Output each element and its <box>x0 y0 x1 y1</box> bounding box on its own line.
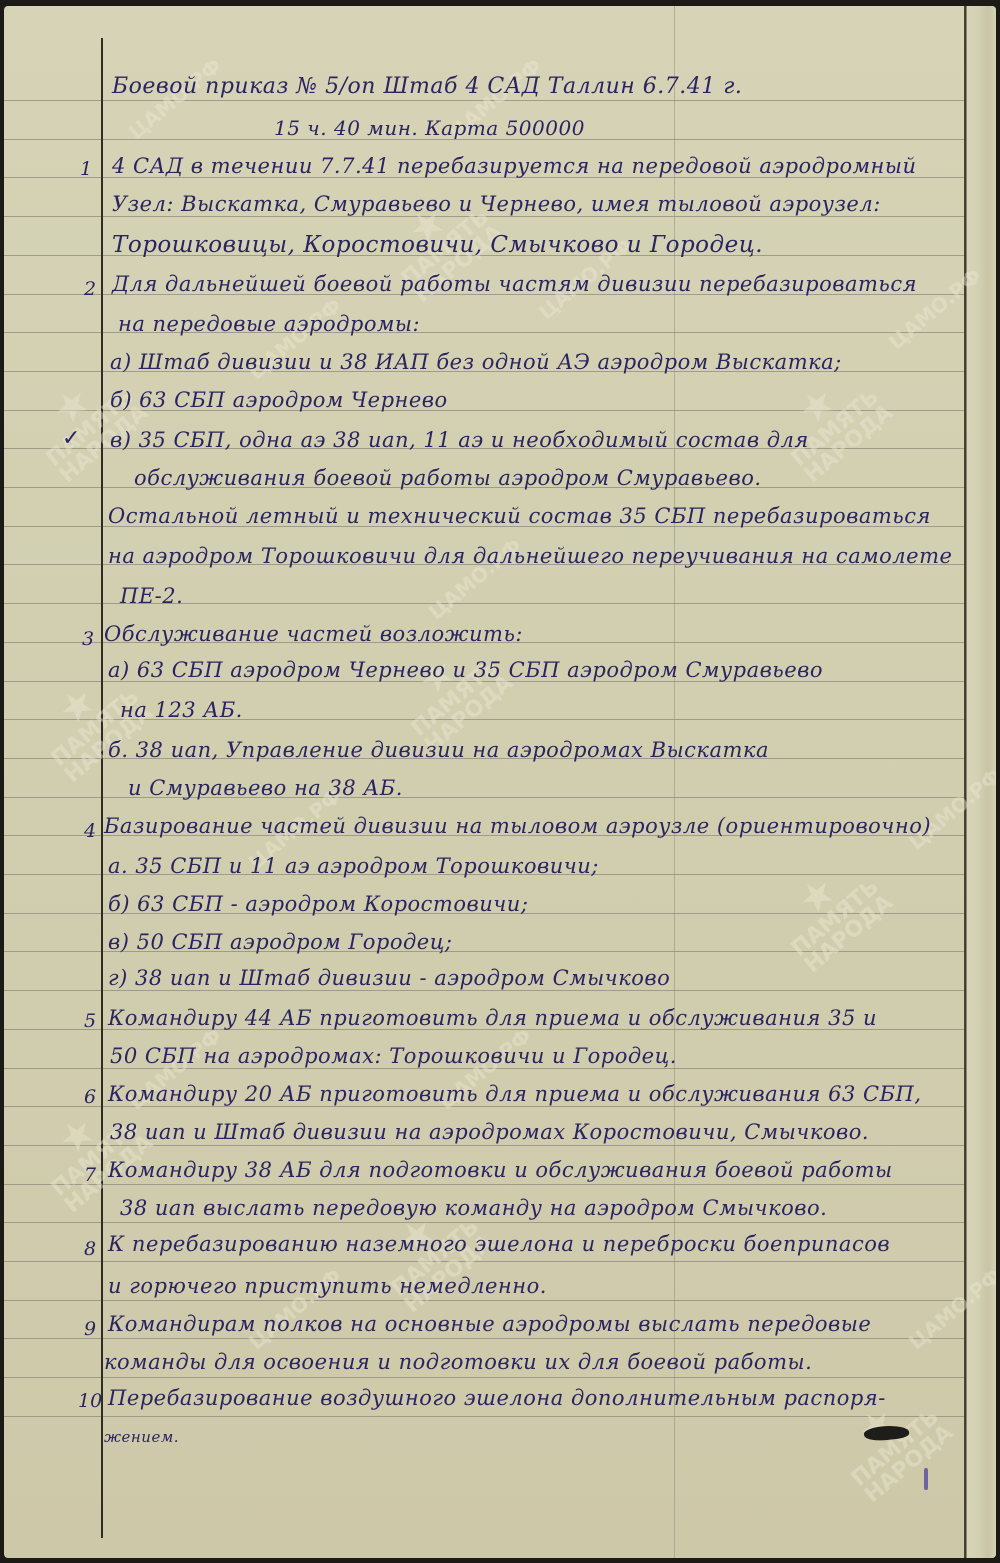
text-line: а) 63 СБП аэродром Чернево и 35 СБП аэро… <box>108 658 823 682</box>
ruled-line <box>4 100 964 101</box>
ruled-line <box>4 1222 964 1223</box>
text-line: на 123 АБ. <box>120 698 243 722</box>
ruled-line <box>4 1106 964 1107</box>
text-line: Командиру 20 АБ приготовить для приема и… <box>108 1082 922 1106</box>
paragraph-number: 6 <box>84 1086 96 1108</box>
ruled-line <box>4 1184 964 1185</box>
watermark-pamyat-naroda: ★ ПАМЯТЬ НАРОДА <box>764 357 897 487</box>
text-line: г) 38 иап и Штаб дивизии - аэродром Смыч… <box>108 966 670 990</box>
ruled-line <box>4 1068 964 1069</box>
text-line: Командиру 44 АБ приготовить для приема и… <box>108 1006 877 1030</box>
paragraph-number: 8 <box>84 1238 96 1260</box>
text-line: Базирование частей дивизии на тыловом аэ… <box>104 814 931 838</box>
order-time-map: 15 ч. 40 мин. Карта 500000 <box>274 116 585 140</box>
text-line: Командиру 38 АБ для подготовки и обслужи… <box>108 1158 893 1182</box>
star-icon: ★ <box>764 847 870 945</box>
paper-tear <box>863 1424 909 1443</box>
text-line: жением. <box>104 1428 179 1446</box>
ink-mark <box>924 1468 928 1490</box>
ruled-line <box>4 990 964 991</box>
ruled-line <box>4 1377 964 1378</box>
paragraph-number: 7 <box>84 1164 96 1186</box>
text-line: а) Штаб дивизии и 38 ИАП без одной АЭ аэ… <box>110 350 842 374</box>
paragraph-number: 2 <box>84 278 96 300</box>
ruled-line <box>4 1261 964 1262</box>
text-line: 50 СБП на аэродромах: Торошковичи и Горо… <box>110 1044 677 1068</box>
text-line: на аэродром Торошковичи для дальнейшего … <box>108 544 952 568</box>
text-line: на передовые аэродромы: <box>118 312 420 336</box>
text-line: Для дальнейшей боевой работы частям диви… <box>112 272 917 296</box>
text-line: б) 63 СБП аэродром Чернево <box>110 388 448 412</box>
text-line: обслуживания боевой работы аэродром Смур… <box>134 466 762 490</box>
paragraph-number: 4 <box>84 820 96 842</box>
text-line: Командирам полков на основные аэродромы … <box>108 1312 871 1336</box>
text-line: Узел: Выскатка, Смуравьево и Чернево, им… <box>112 192 881 216</box>
text-line: ПЕ-2. <box>120 584 183 608</box>
ruled-line <box>4 1338 964 1339</box>
text-line: команды для освоения и подготовки их для… <box>104 1350 812 1374</box>
text-line: в) 50 СБП аэродром Городец; <box>108 930 452 954</box>
paragraph-number: 9 <box>84 1318 96 1340</box>
text-line: Остальной летный и технический состав 35… <box>108 504 931 528</box>
text-line: 4 САД в течении 7.7.41 перебазируется на… <box>112 154 916 178</box>
paragraph-number: 10 <box>78 1390 102 1412</box>
order-title: Боевой приказ № 5/оп Штаб 4 САД Таллин 6… <box>112 74 742 99</box>
text-line: Обслуживание частей возложить: <box>104 622 523 646</box>
margin-checkmark-icon: ✓ <box>62 426 80 451</box>
ruled-line <box>4 216 964 217</box>
margin-line <box>101 38 103 1538</box>
text-line: и Смуравьево на 38 АБ. <box>128 776 403 800</box>
document-page: ★ ПАМЯТЬ НАРОДА ★ ПАМЯТЬ НАРОДА ★ ПАМЯТЬ… <box>4 6 996 1558</box>
text-line: б. 38 иап, Управление дивизии на аэродро… <box>108 738 769 762</box>
paragraph-number: 3 <box>82 628 94 650</box>
page-binding-edge <box>964 6 996 1558</box>
text-line: 38 иап выслать передовую команду на аэро… <box>120 1196 827 1220</box>
text-line: Перебазирование воздушного эшелона допол… <box>108 1386 886 1410</box>
ruled-line <box>4 1145 964 1146</box>
paragraph-number: 5 <box>84 1010 96 1032</box>
text-line: и горючего приступить немедленно. <box>108 1274 547 1298</box>
ruled-line <box>4 1416 964 1417</box>
text-line: в) 35 СБП, одна аэ 38 иап, 11 аэ и необх… <box>110 428 809 452</box>
text-line: а. 35 СБП и 11 аэ аэродром Торошковичи; <box>108 854 599 878</box>
paragraph-number: 1 <box>80 158 92 180</box>
text-line: б) 63 СБП - аэродром Коростовичи; <box>108 892 528 916</box>
text-line: 38 иап и Штаб дивизии на аэродромах Коро… <box>110 1120 869 1144</box>
watermark-pamyat-naroda: ★ ПАМЯТЬ НАРОДА <box>19 357 152 487</box>
text-line: К перебазированию наземного эшелона и пе… <box>108 1232 890 1256</box>
ruled-line <box>4 1300 964 1301</box>
text-line: Торошковицы, Коростовичи, Смычково и Гор… <box>112 232 763 258</box>
